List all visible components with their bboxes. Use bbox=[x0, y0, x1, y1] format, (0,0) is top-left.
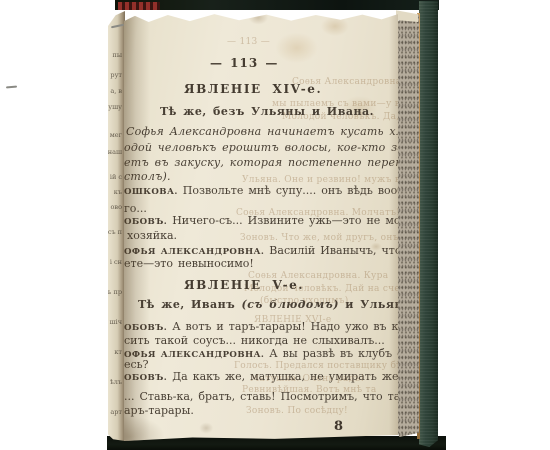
verso-text-fragment: шіч bbox=[110, 318, 122, 326]
page-edge-shadow bbox=[389, 9, 398, 441]
subtitle-italic-text: (съ блюдомъ) bbox=[242, 298, 339, 311]
dialogue-text: сить такой соусъ... никогда не слыхивалъ… bbox=[124, 334, 385, 347]
verso-text-fragment: ушу bbox=[108, 103, 122, 111]
verso-text-fragment: ово bbox=[111, 203, 123, 211]
verso-text-fragment: ѣлъ bbox=[110, 378, 122, 386]
verso-text-fragment: къ bbox=[114, 188, 122, 196]
dialogue-text: А вотъ и таръ-тарары! Надо ужо въ клубѣ bbox=[172, 320, 425, 333]
page-recto: — 113 — Соѳья Александровна. Ну... вмѣст… bbox=[124, 9, 398, 441]
book-photo: пы рут а, в ушу мег наш ій с къ ово съ п… bbox=[0, 0, 550, 450]
page-fore-edge bbox=[396, 15, 419, 437]
dialogue-text: ... Ставь-ка, братъ, ставь! Посмотримъ, … bbox=[124, 390, 420, 403]
dialogue-line: обовъ.А вотъ и таръ-тарары! Надо ужо въ … bbox=[124, 320, 425, 333]
stage-direction-line: Софья Александровна начинаетъ кусать хлѣ… bbox=[126, 125, 431, 138]
scene-heading: ЯВЛЕНІЕ V-е. bbox=[184, 278, 304, 292]
dialogue-line: ... Ставь-ка, братъ, ставь! Посмотримъ, … bbox=[124, 390, 420, 403]
scene-subtitle: Тѣ же, безъ Ульяны и Ивана. bbox=[160, 105, 374, 118]
scene-heading: ЯВЛЕНІЕ XIV-е. bbox=[184, 82, 322, 96]
verso-text-fragment: наш bbox=[108, 148, 122, 156]
dialogue-line: офья Александровна.А вы развѣ въ клубъ с… bbox=[124, 347, 428, 360]
verso-text-fragment: і сн bbox=[110, 258, 122, 266]
verso-text-fragment: пы bbox=[112, 51, 122, 59]
gutter-shadow bbox=[124, 9, 150, 441]
verso-text-fragment: ій с bbox=[110, 173, 122, 181]
dialogue-text: Василій Иванычъ, что вы со мной bbox=[269, 244, 474, 257]
showthrough-text: — 113 — bbox=[227, 37, 270, 47]
dialogue-line: ошкова.Позвольте мнѣ супу.... онъ вѣдь в… bbox=[124, 184, 421, 197]
dialogue-text: Позвольте мнѣ супу.... онъ вѣдь вообще bbox=[183, 184, 421, 197]
spine-headband bbox=[118, 2, 160, 10]
stage-direction-line: одой человѣкъ ерошитъ волосы, кое-кто за… bbox=[124, 141, 428, 154]
verso-text-fragment: арт bbox=[110, 408, 122, 416]
verso-text-fragment: съ п bbox=[108, 228, 122, 236]
page-number: — 113 — bbox=[210, 56, 278, 70]
left-page-sliver: пы рут а, в ушу мег наш ій с къ ово съ п… bbox=[108, 11, 125, 441]
signature-number: 8 bbox=[334, 419, 343, 434]
pencil-mark bbox=[6, 86, 17, 88]
scene-subtitle: Тѣ же, Иванъ (съ блюдомъ) и Ульяна. bbox=[138, 298, 415, 311]
verso-text-fragment: а, в bbox=[110, 87, 122, 95]
verso-text-fragment: рут bbox=[110, 71, 122, 79]
subtitle-text: Тѣ же, Иванъ bbox=[138, 298, 235, 311]
verso-text-fragment: мег bbox=[110, 131, 122, 139]
page-top-edge bbox=[396, 9, 418, 22]
dialogue-line: сить такой соусъ... никогда не слыхивалъ… bbox=[124, 334, 385, 347]
showthrough-text: Зоновъ. По сосѣдцу! bbox=[246, 406, 348, 416]
verso-text-fragment: кт bbox=[114, 348, 122, 356]
top-shadow-band bbox=[115, 0, 439, 10]
verso-text-fragment: ъ пр bbox=[107, 288, 122, 296]
book-cover-edge bbox=[419, 1, 438, 447]
